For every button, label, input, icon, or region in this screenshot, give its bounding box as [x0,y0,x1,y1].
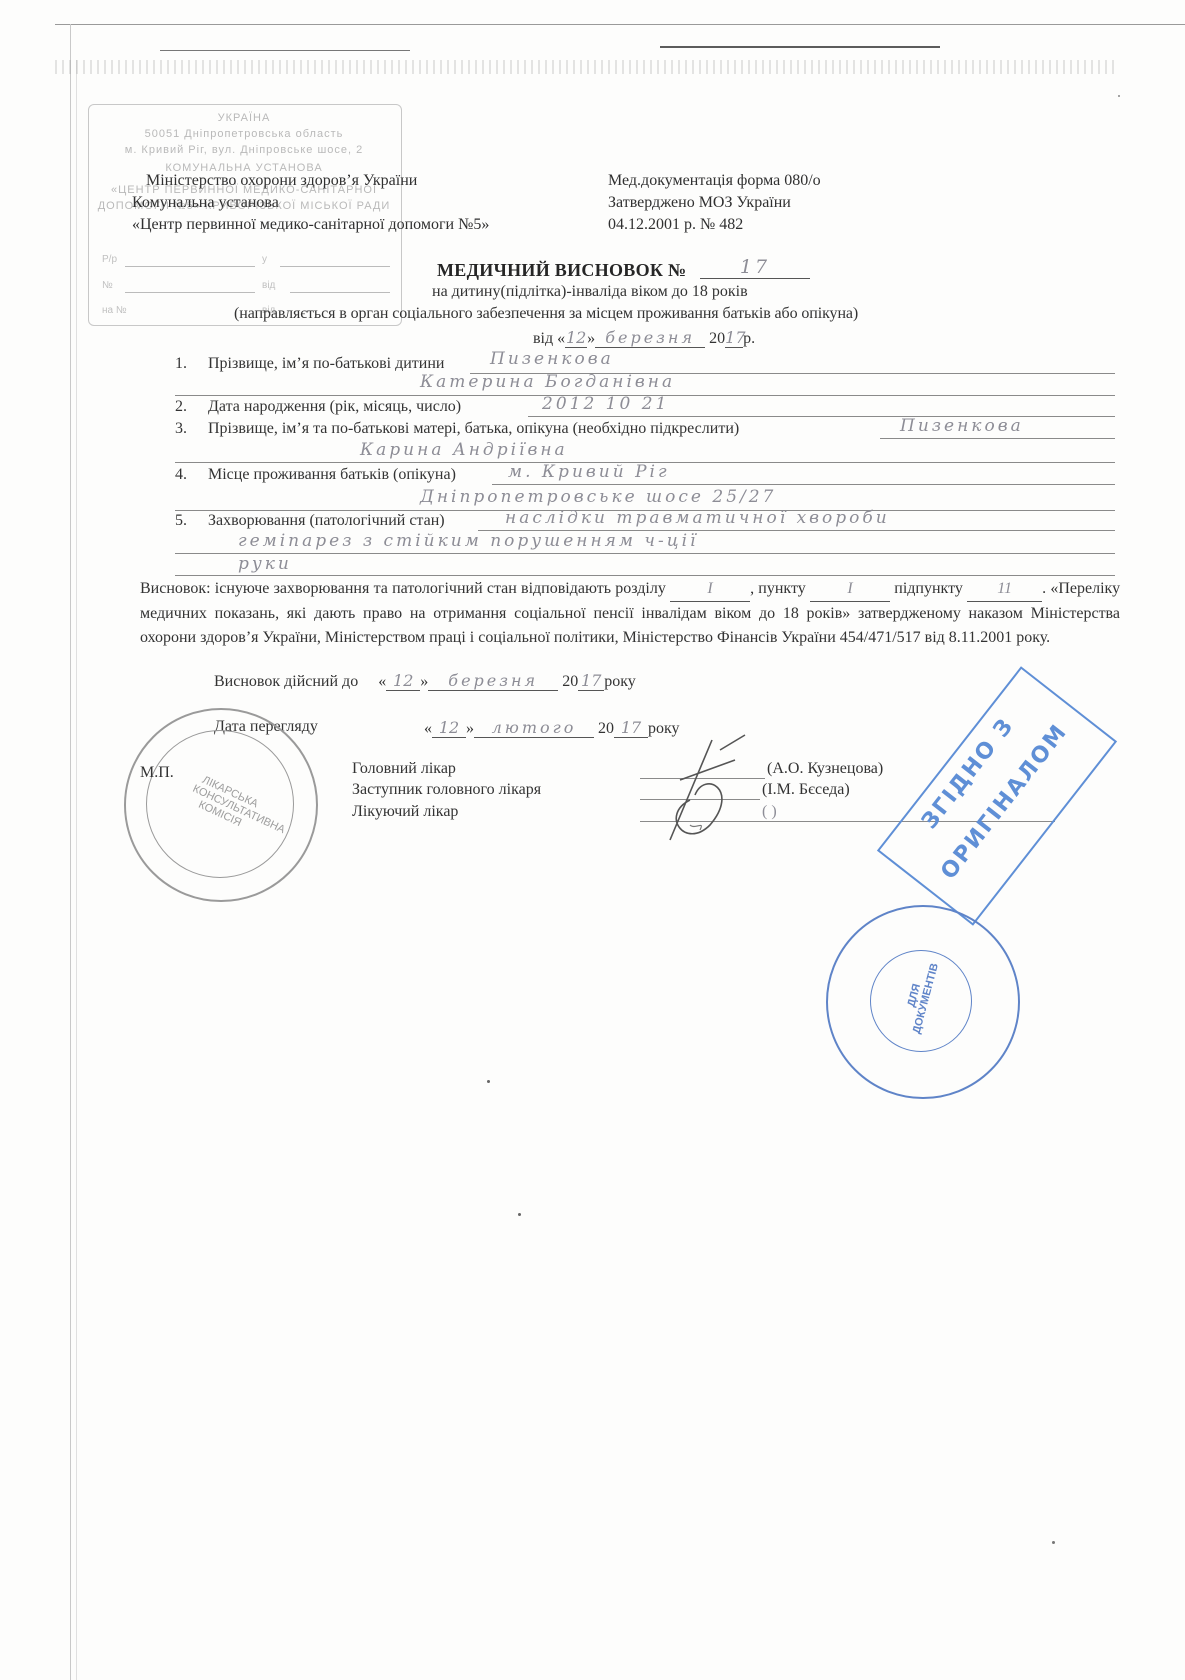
review-day: 12 [432,718,466,738]
valid-until-year: 17 [578,671,604,691]
form-code: Мед.документація форма 080/о [608,170,821,191]
date-day: 12 [565,328,587,348]
field-2-line [528,416,1115,417]
stamp-field-line [125,292,255,293]
signature-scribble-icon [650,730,790,860]
field-1-number: 1. [175,355,187,373]
valid-until-month: березня [428,671,558,691]
scan-mark [160,50,410,51]
field-2-number: 2. [175,398,187,416]
date-month: березня [595,328,705,348]
date-year-prefix: 20 [709,330,725,347]
order-line: 04.12.2001 р. № 482 [608,214,743,235]
residence-address: Дніпропетровське шосе 25/27 [420,487,776,507]
residence-city: м. Кривий Ріг [508,462,670,482]
seal-place-mp: М.П. [140,764,174,782]
stamp-field-label: на № [102,305,127,316]
stamp-field-line [280,266,390,267]
child-surname: Пизенкова [490,349,614,369]
valid-until: Висновок дійсний до «12»березня 2017року [214,671,636,691]
scan-mark [660,46,940,48]
scan-edge-left [70,24,71,1680]
stamp-line: м. Кривий Ріг, вул. Дніпровське шосе, 2 [88,144,400,156]
scan-speck [518,1213,521,1216]
field-3-number: 3. [175,420,187,438]
stamp-line: 50051 Дніпропетровська область [88,128,400,140]
stamp-field-label: Р/р [102,254,117,265]
conclusion-text: , пункту [750,580,806,597]
document-subtitle: на дитину(підлітка)-інваліда віком до 18… [432,283,748,301]
date-prefix: від « [533,330,565,347]
conclusion-section: I [670,577,750,602]
birth-date: 2012 10 21 [542,394,669,414]
stamp-field-label: № [102,280,113,291]
scan-speck [487,1080,490,1083]
valid-until-day: 12 [386,671,420,691]
signature-role-chief: Головний лікар [352,760,456,778]
field-1-label: Прізвище, ім’я по-батькові дитини [208,355,444,373]
conclusion-text: підпункту [894,580,963,597]
field-5-label: Захворювання (патологічний стан) [208,512,445,530]
approval-line: Затверджено МОЗ України [608,192,791,213]
document-number: 17 [700,256,810,279]
parent-name-patronymic: Карина Андріївна [360,440,568,460]
conclusion-point: I [810,577,890,602]
field-4-number: 4. [175,466,187,484]
scan-edge-top [55,24,1185,25]
document-title: МЕДИЧНИЙ ВИСНОВОК № [437,260,686,281]
field-5-line-2 [175,553,1115,554]
field-4-line [492,484,1115,485]
date-suffix: р. [743,330,755,347]
stamp-field-line [290,292,390,293]
certified-copy-stamp: ЗГІДНО З ОРИГІНАЛОМ [877,666,1117,926]
date-mid: » [587,330,595,347]
institution-type: Комунальна установа [132,192,279,213]
scan-edge-left [76,60,77,1680]
field-4-label: Місце проживання батьків (опікуна) [208,466,456,484]
diagnosis-line-2: геміпарез з стійким порушенням ч-ції [238,531,698,551]
conclusion-subpoint: 11 [967,577,1042,602]
ministry-name: Міністерство охорони здоров’я України [146,170,417,191]
review-year-prefix: 20 [598,720,614,737]
diagnosis-line-3: руки [238,554,292,574]
diagnosis-line-1: наслідки травматичної хвороби [505,508,890,528]
document-direction: (направляється в орган соціального забез… [234,305,858,323]
scan-speck [1052,1541,1055,1544]
signature-role-deputy: Заступник головного лікаря [352,781,541,799]
date-year: 17 [725,328,743,348]
field-3-label: Прізвище, ім’я та по-батькові матері, ба… [208,420,739,438]
document-date: від «12»березня 2017р. [533,328,755,348]
conclusion-paragraph: Висновок: існуюче захворювання та патоло… [140,577,1120,650]
valid-until-suffix: року [604,673,636,690]
institution-name: «Центр первинної медико-санітарної допом… [132,214,489,235]
scan-speck [1118,95,1120,97]
field-5-line-3 [175,575,1115,576]
valid-until-label: Висновок дійсний до [214,673,358,690]
stamp-line: УКРАЇНА [88,112,400,124]
field-2-label: Дата народження (рік, місяць, число) [208,398,461,416]
review-year: 17 [614,718,648,738]
child-name-patronymic: Катерина Богданівна [420,372,675,392]
signature-role-attending: Лікуючий лікар [352,803,458,821]
stamp-field-label: у [262,254,267,265]
stamp-field-line [125,266,255,267]
field-5-number: 5. [175,512,187,530]
field-3-line [880,438,1115,439]
parent-surname: Пизенкова [900,416,1024,436]
conclusion-text: Висновок: існуюче захворювання та патоло… [140,580,666,597]
stamp-field-label: від [262,280,275,291]
scan-noise [55,60,1115,74]
valid-until-year-prefix: 20 [562,673,578,690]
review-date: «12»лютого 2017року [424,718,680,738]
review-month: лютого [474,718,594,738]
